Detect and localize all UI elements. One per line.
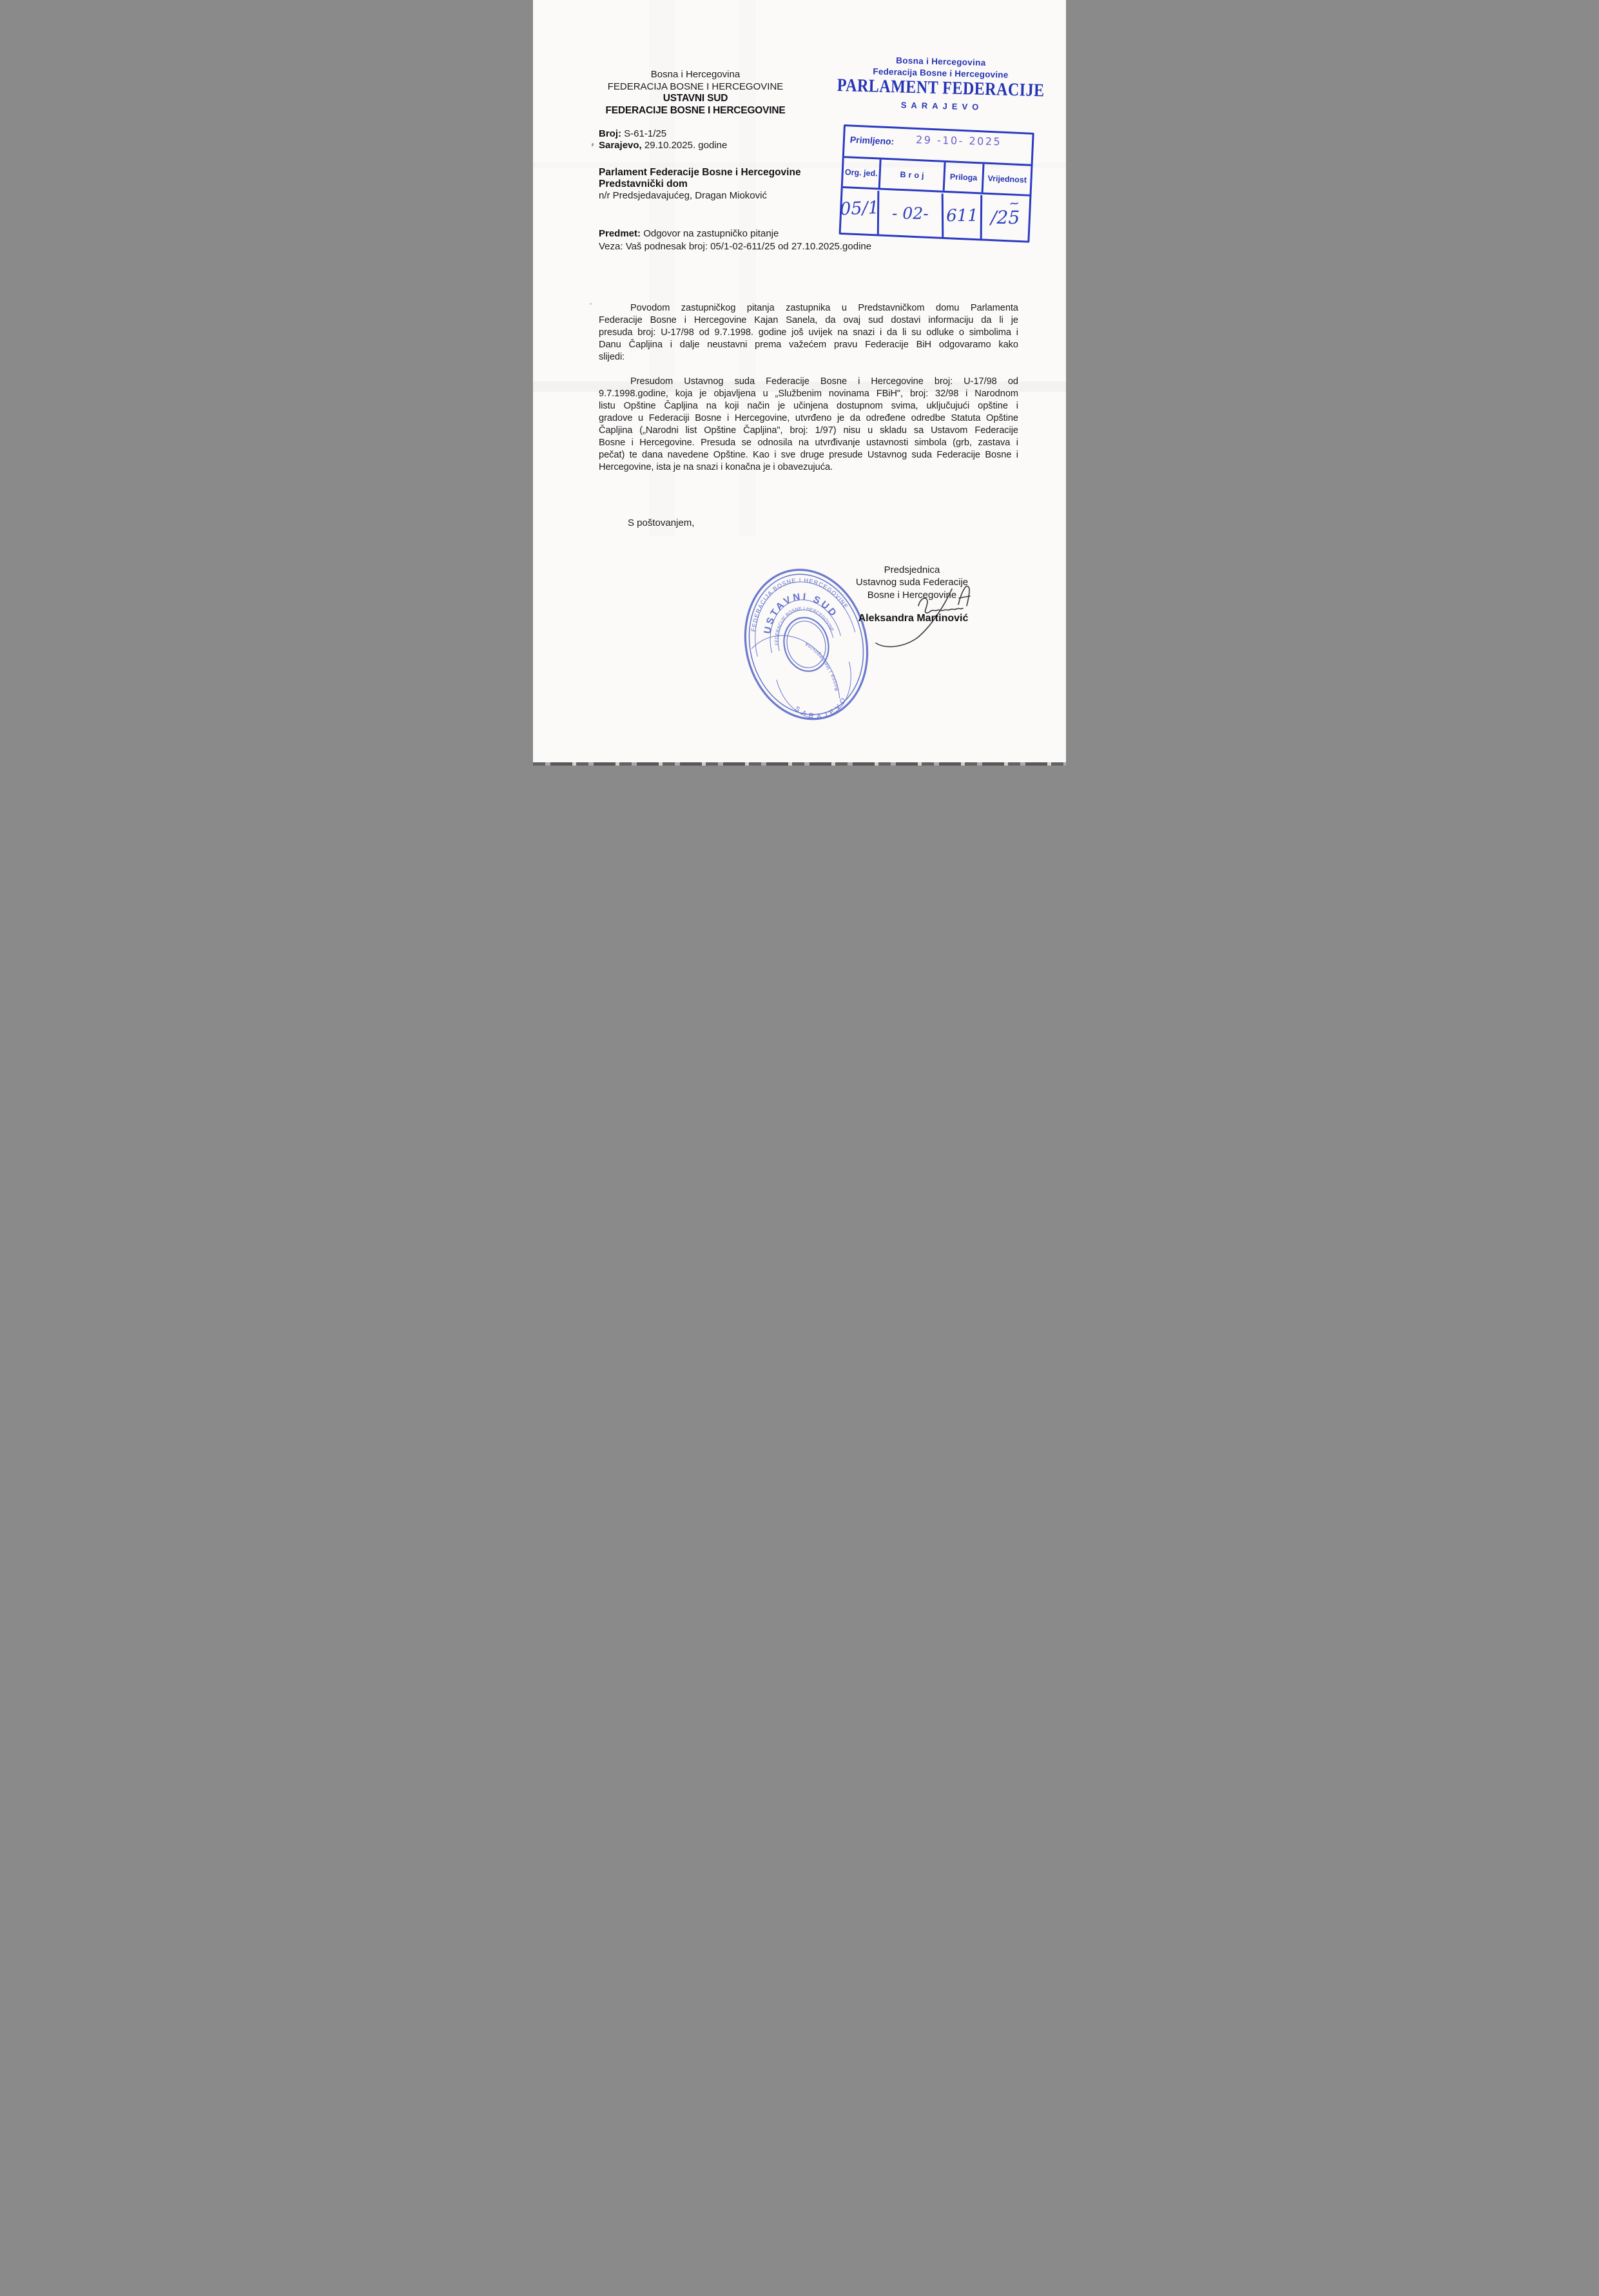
addressee-house: Predstavnički dom	[599, 178, 801, 190]
scanned-letter-page: Bosna i Hercegovina FEDERACIJA BOSNE I H…	[533, 0, 1066, 766]
addressee-attention: n/r Predsjedavajućeg, Dragan Mioković	[599, 190, 801, 202]
city-label: Sarajevo,	[599, 140, 642, 151]
addressee-parliament: Parlament Federacije Bosne i Hercegovine	[599, 167, 801, 178]
para2-line: Hercegovine, ista je na snazi i konačna …	[599, 461, 1018, 474]
ink-speck	[591, 143, 594, 147]
col-header-broj: Broj	[878, 159, 944, 190]
receipt-stamp-table: Primljeno: 29 -10- 2025 Org. jed. Broj P…	[839, 124, 1034, 243]
reference-number-line: Broj: S-61-1/25	[599, 128, 666, 139]
value-vrijednost-dash: ~	[1009, 195, 1021, 211]
received-date-stamp: 29 -10- 2025	[916, 133, 1002, 148]
closing-salutation: S poštovanjem,	[628, 517, 694, 528]
letterhead-court: USTAVNI SUD	[597, 93, 793, 105]
place-date-line: Sarajevo, 29.10.2025. godine	[599, 140, 727, 151]
scanner-edge-artifact	[533, 762, 1066, 766]
signatory-name: Aleksandra Martinović	[853, 613, 973, 624]
predmet-label: Predmet:	[599, 228, 641, 239]
value-priloga: 611	[941, 193, 980, 238]
para1-line: Povodom zastupničkog pitanja zastupnika …	[599, 302, 1018, 314]
primljeno-label: Primljeno:	[849, 134, 895, 146]
receipt-stamp-header: Bosna i Hercegovina Federacija Bosne i H…	[837, 54, 1044, 113]
value-vrijednost: /25 ~	[980, 195, 1029, 240]
letterhead: Bosna i Hercegovina FEDERACIJA BOSNE I H…	[597, 69, 793, 117]
reference-line: Veza: Vaš podnesak broj: 05/1-02-611/25 …	[599, 240, 871, 253]
body-paragraph-2: Presudom Ustavnog suda Federacije Bosne …	[599, 376, 1018, 474]
addressee-block: Parlament Federacije Bosne i Hercegovine…	[599, 167, 801, 201]
date-value: 29.10.2025. godine	[644, 140, 727, 151]
broj-label: Broj:	[599, 128, 621, 139]
col-header-org-jed: Org. jed.	[843, 158, 880, 188]
signatory-title-1: Predsjednica	[841, 564, 983, 576]
broj-value: S-61-1/25	[624, 128, 666, 139]
para1-line: slijedi:	[599, 351, 1018, 363]
value-broj: - 02-	[877, 191, 942, 236]
value-org-jed: 05/1	[840, 186, 878, 231]
subject-line: Predmet: Odgovor na zastupničko pitanje	[599, 227, 871, 240]
ink-speck	[590, 303, 592, 305]
para2-line: Čapljina („Narodni list Opštine Čapljina…	[599, 425, 1018, 437]
para2-line: 9.7.1998.godine, koja je objavljena u „S…	[599, 388, 1018, 400]
para1-line: Danu Čapljina i dalje neustavni prema va…	[599, 339, 1018, 351]
col-header-vrijednost: Vrijednost	[982, 164, 1031, 194]
letterhead-country: Bosna i Hercegovina	[597, 69, 793, 81]
para2-line: pečat) te dana navedene Opštine. Kao i s…	[599, 449, 1018, 461]
para1-line: presuda broj: U-17/98 od 9.7.1998. godin…	[599, 327, 1018, 339]
para2-line: listu Opštine Čapljina na koji način je …	[599, 400, 1018, 412]
para1-line: Federacije Bosne i Hercegovine Kajan San…	[599, 314, 1018, 327]
para2-line: Bosne i Hercegovine. Presuda se odnosila…	[599, 437, 1018, 449]
body-paragraph-1: Povodom zastupničkog pitanja zastupnika …	[599, 302, 1018, 363]
letterhead-court-of: FEDERACIJE BOSNE I HERCEGOVINE	[597, 105, 793, 117]
col-header-priloga: Priloga	[942, 162, 983, 193]
predmet-text: Odgovor na zastupničko pitanje	[641, 228, 779, 239]
para2-line: Presudom Ustavnog suda Federacije Bosne …	[599, 376, 1018, 388]
letterhead-federation: FEDERACIJA BOSNE I HERCEGOVINE	[597, 81, 793, 93]
subject-block: Predmet: Odgovor na zastupničko pitanje …	[599, 227, 871, 253]
para2-line: gradove u Federaciji Bosne i Hercegovine…	[599, 412, 1018, 425]
